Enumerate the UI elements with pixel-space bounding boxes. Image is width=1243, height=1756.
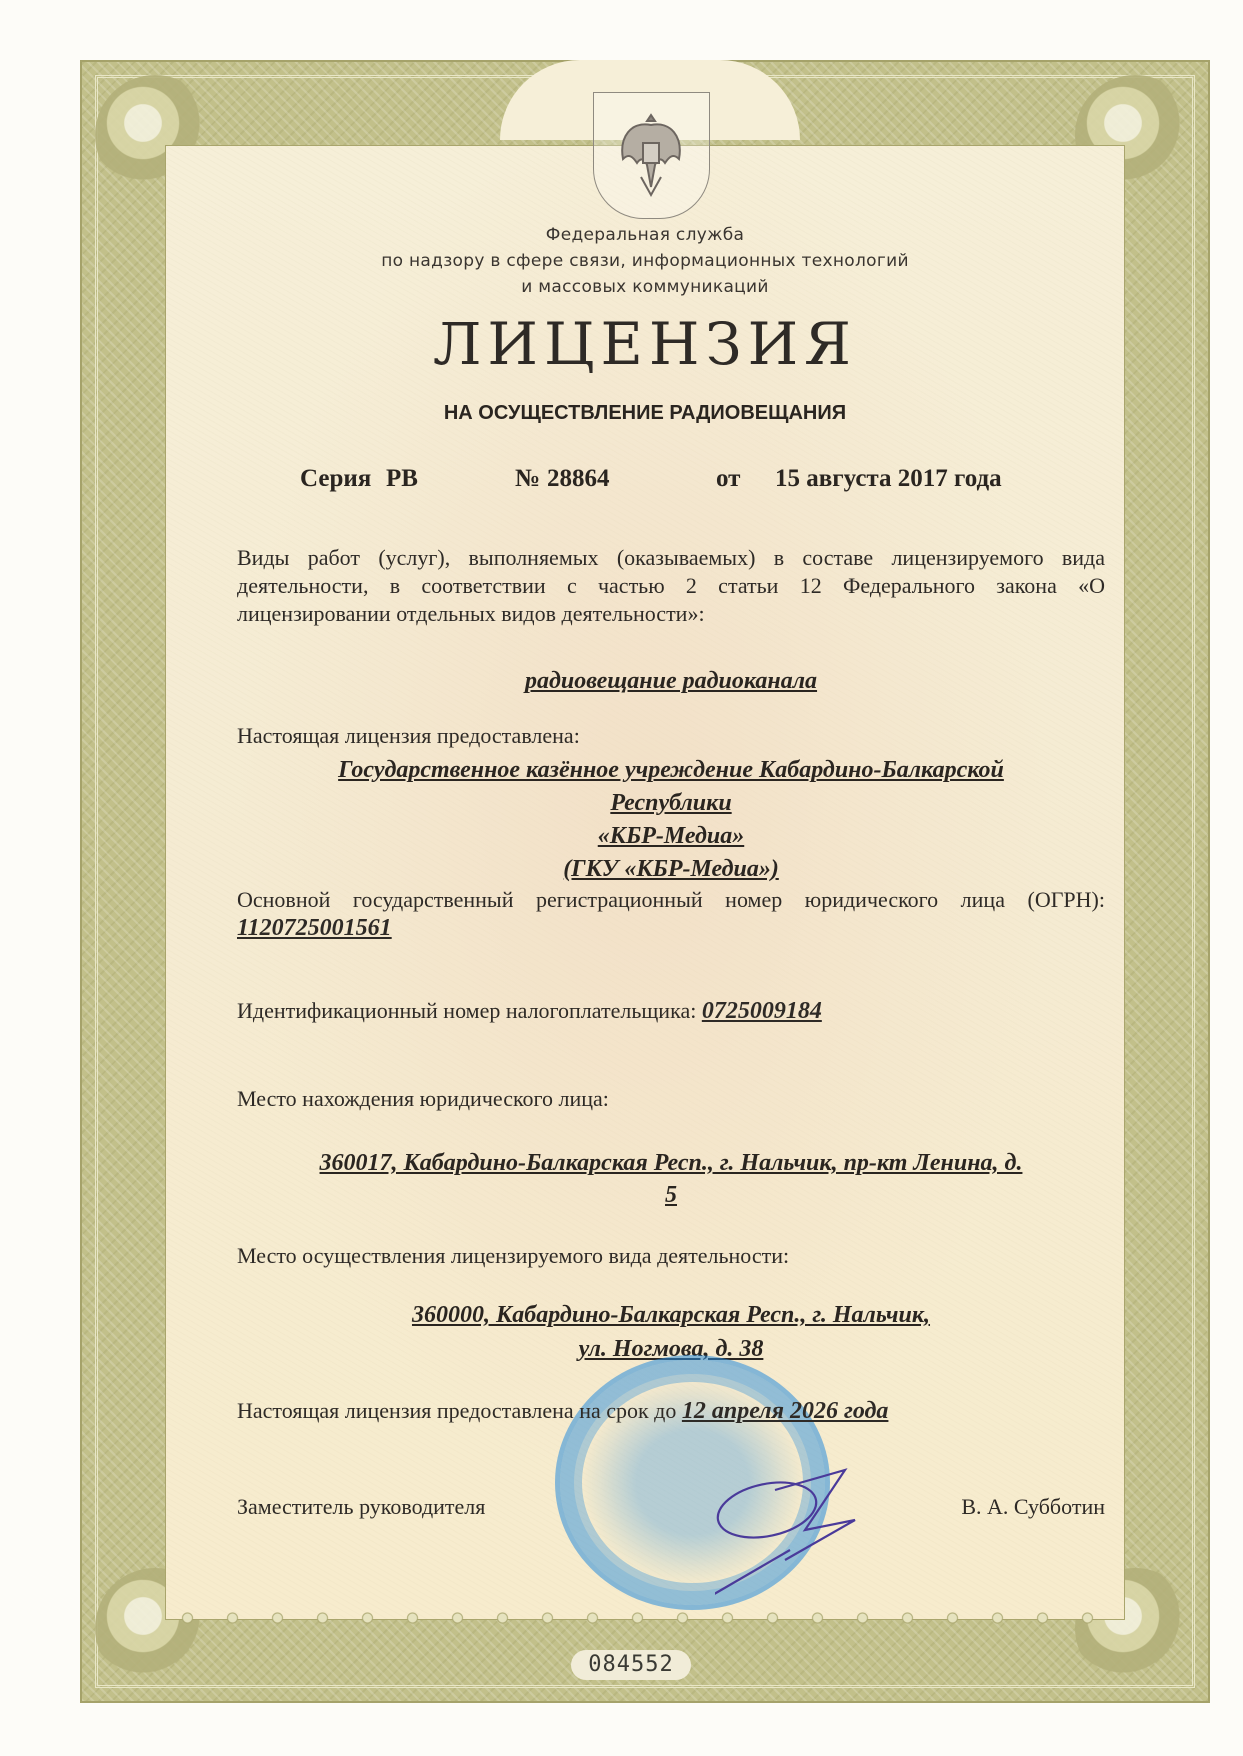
signer-name: В. А. Субботин [237, 1493, 1105, 1521]
issue-date: 15 августа 2017 года [775, 465, 1002, 493]
document-subtitle: НА ОСУЩЕСТВЛЕНИЕ РАДИОВЕЩАНИЯ [165, 402, 1125, 425]
licensee-name: Государственное казённое учреждение Каба… [237, 755, 1105, 785]
signature-icon [715, 1450, 865, 1630]
term-value: 12 апреля 2026 года [682, 1398, 889, 1424]
issuing-agency: Федеральная служба по надзору в сфере св… [165, 222, 1125, 300]
license-number: 28864 [547, 465, 610, 493]
services-intro: Виды работ (услуг), выполняемых (оказыва… [237, 544, 1105, 628]
agency-line: по надзору в сфере связи, информационных… [165, 248, 1125, 274]
licensee-short-name: (ГКУ «КБР-Медиа») [237, 854, 1105, 884]
ogrn-row: Основной государственный регистрационный… [237, 886, 1105, 942]
document-title: ЛИЦЕНЗИЯ [165, 310, 1125, 378]
series-value: РВ [386, 465, 418, 493]
legal-address: 5 [237, 1180, 1105, 1210]
inn-row: Идентификационный номер налогоплательщик… [237, 997, 1105, 1025]
licensee-name: Республики [237, 788, 1105, 818]
term-label: Настоящая лицензия предоставлена на срок… [237, 1398, 676, 1423]
term-row: Настоящая лицензия предоставлена на срок… [237, 1397, 1105, 1425]
inn-value: 0725009184 [702, 998, 822, 1024]
date-label: от [716, 465, 740, 493]
agency-line: и массовых коммуникаций [165, 274, 1125, 300]
form-serial-number: 084552 [571, 1650, 691, 1680]
legal-address: 360017, Кабардино-Балкарская Респ., г. Н… [237, 1148, 1105, 1178]
agency-line: Федеральная служба [165, 222, 1125, 248]
ogrn-label: Основной государственный регистрационный… [237, 887, 1105, 912]
frame-bead-border [165, 1612, 1125, 1624]
granted-to-label: Настоящая лицензия предоставлена: [237, 722, 1105, 750]
legal-address-label: Место нахождения юридического лица: [237, 1085, 1105, 1113]
russian-coat-of-arms-icon [593, 92, 710, 219]
activity-address: 360000, Кабардино-Балкарская Респ., г. Н… [237, 1300, 1105, 1330]
inn-label: Идентификационный номер налогоплательщик… [237, 998, 696, 1023]
service-type: радиовещание радиоканала [237, 666, 1105, 696]
activity-address-label: Место осуществления лицензируемого вида … [237, 1242, 1105, 1270]
ogrn-value: 1120725001561 [237, 915, 392, 941]
licensee-name: «КБР-Медиа» [237, 821, 1105, 851]
series-label: Серия [300, 465, 371, 493]
number-label: № [515, 465, 540, 493]
